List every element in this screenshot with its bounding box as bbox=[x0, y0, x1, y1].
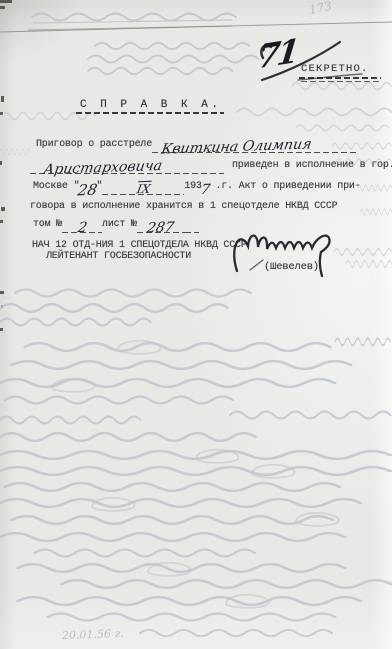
secrecy-stamp: СЕКРЕТНО. bbox=[301, 61, 369, 77]
body-line-5: том № 2 лист № 287 bbox=[33, 217, 199, 233]
year-typed: 193 bbox=[184, 179, 201, 195]
line1-typed-text: Приговор о расстреле bbox=[36, 137, 152, 153]
line3-rest-typed: .г. Акт о приведении при- bbox=[210, 179, 361, 195]
line2-typed-text: приведен в исполнение в гор. bbox=[232, 158, 392, 174]
signoff-position-line2: ЛЕЙТЕНАНТ ГОСБЕЗОПАСНОСТИ bbox=[46, 249, 191, 265]
registration-number-handwritten: 71 bbox=[256, 34, 298, 73]
document-title: С П Р А В К А. bbox=[80, 97, 221, 113]
secrecy-stamp-underline bbox=[299, 77, 381, 79]
month-handwritten: IX bbox=[135, 182, 151, 196]
line4-typed-text: говора в исполнение хранится в 1 спецотд… bbox=[30, 199, 337, 215]
body-line-4: говора в исполнение хранится в 1 спецотд… bbox=[30, 199, 337, 215]
year-digit-handwritten: 7 bbox=[199, 183, 210, 197]
body-line-3: Москве " 28 " IX 193 7 .г. Акт о приведе… bbox=[33, 179, 360, 195]
line3-city-typed: Москве " bbox=[33, 179, 79, 195]
volume-value-handwritten: 2 bbox=[76, 221, 87, 235]
volume-fill-line: 2 bbox=[62, 217, 102, 233]
convict-patronymic-handwritten: Аристарховича bbox=[42, 159, 163, 177]
patronymic-fill-line: Аристарховича bbox=[30, 158, 224, 174]
trailing-fill-line bbox=[185, 217, 199, 233]
name-fill-line: Квиткина Олимпия bbox=[152, 137, 358, 153]
date-note-handwritten: 20.01.56 г. bbox=[62, 627, 124, 643]
convict-name-handwritten: Квиткина Олимпия bbox=[160, 137, 312, 156]
body-line-2: Аристарховича приведен в исполнение в го… bbox=[30, 158, 392, 174]
volume-label-typed: том № bbox=[33, 217, 62, 233]
edge-specks bbox=[0, 0, 12, 331]
signer-name: (Шевелев) bbox=[264, 259, 319, 275]
sheet-label-typed: лист № bbox=[102, 217, 137, 233]
month-fill-line: IX bbox=[102, 179, 184, 195]
secrecy-stamp-underline-2 bbox=[301, 81, 379, 82]
scanned-document-page: 173 71 СЕКРЕТНО. С П Р А В К А. Приговор… bbox=[0, 0, 392, 649]
title-underline bbox=[76, 112, 224, 114]
sheet-value-handwritten: 287 bbox=[146, 221, 175, 236]
page-corner-number: 173 bbox=[308, 0, 333, 17]
body-line-1: Приговор о расстреле Квиткина Олимпия bbox=[36, 137, 358, 153]
sheet-fill-line: 287 bbox=[137, 217, 185, 233]
scratch-line bbox=[0, 22, 392, 32]
day-handwritten: 28 bbox=[77, 183, 99, 198]
